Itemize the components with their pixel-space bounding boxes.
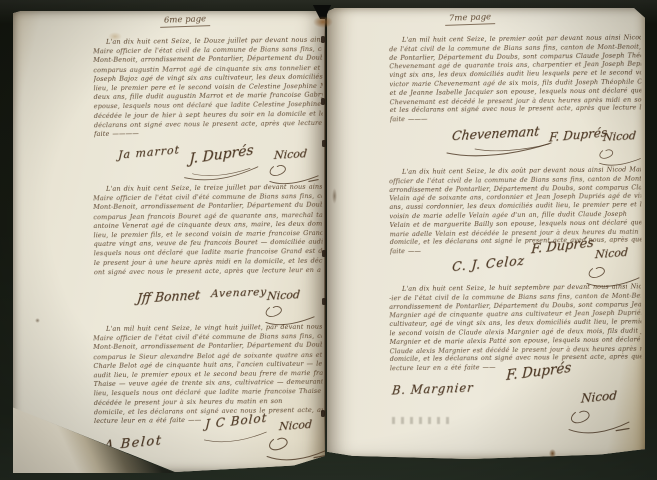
signature-flourish [265,433,329,463]
binding-stitch [321,98,325,105]
signature: Chevenemant [451,124,540,144]
signature-flourish [559,406,639,436]
death-record-entry: L'an dix huit cent Seize, le Douze juill… [93,36,323,141]
paper-stain [35,318,40,323]
signature-flourish [445,141,555,157]
death-record-entry: L'an dix huit cent Seize, le treize juil… [93,183,323,279]
page-number-right: 7me page [445,12,496,26]
manuscript-line: ont signé avec nous le present acte, apr… [94,266,323,278]
binding-stitch [321,36,325,43]
ink-smudge [392,417,450,424]
signature: Nicod [581,388,618,405]
spine-crease [324,16,326,458]
death-record-entry: L'an dix huit cent Seize, le dix août pa… [389,165,642,258]
signature: Nicod [273,147,307,162]
signature: Nicod [602,129,636,144]
binding-stitch [322,250,326,257]
signature: Nicod [279,418,313,433]
paper-stain [549,449,556,458]
binding-stitch [321,410,325,417]
manuscript-line: faite ———— [94,128,323,140]
signature: Avenarey [210,286,267,300]
death-record-entry: L'an mil huit cent Seize, le premier aoû… [389,33,642,126]
gutter-stain [313,16,333,28]
signature: Nicod [595,246,629,261]
page-number-left: 6me page [160,14,211,28]
manuscript-line: faite ——— [390,113,642,124]
signature-flourish [203,429,269,443]
paper-stain [332,188,337,204]
signature: Jff Bonnet [136,287,201,305]
paper-stain [108,32,122,41]
death-record-entry: L'an dix huit cent Seize, le huit septem… [389,282,642,375]
binding-stitch [322,298,326,305]
signature: B. Margnier [391,381,474,398]
binding-stitch [322,140,326,147]
scanned-register-spread: 6me page L'an dix huit cent Seize, le Do… [0,0,657,480]
left-page: 6me page L'an dix huit cent Seize, le Do… [13,11,325,472]
signature: Ja marrot [118,143,180,162]
signature: J. Duprés [189,142,254,167]
death-record-entry: L'an mil huit cent Seize, le vingt huit … [93,323,323,428]
signature: Nicod [266,288,300,303]
signature: F. Duprés [548,125,607,144]
right-page: 7me page L'an mil huit cent Seize, le pr… [327,8,645,459]
